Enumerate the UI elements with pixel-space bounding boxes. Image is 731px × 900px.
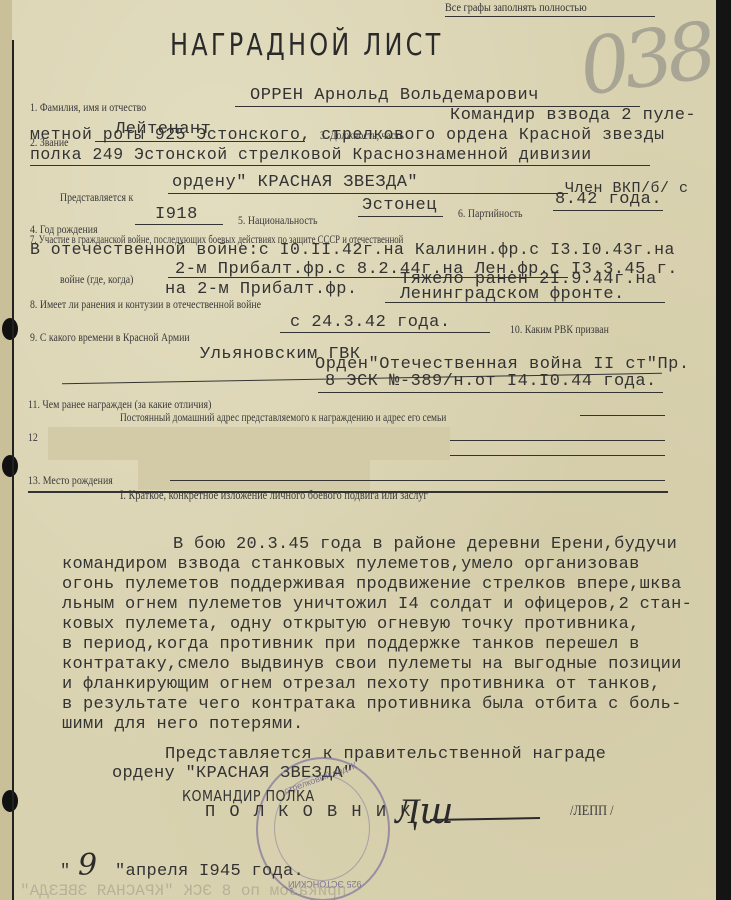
document-title: НАГРАДНОЙ ЛИСТ xyxy=(170,28,443,63)
field-7-value-1: В отечественной войне:с I0.II.42г.на Кал… xyxy=(30,240,675,259)
field-5-value: Эстонец xyxy=(362,196,437,215)
field-3-value-2: метной роты 925 Эстонского, стрелкового … xyxy=(30,125,665,144)
field-1-label: 1. Фамилия, имя и отчество xyxy=(30,100,146,115)
paragraph-line: в результате чего контратака противника … xyxy=(62,695,682,714)
margin-line xyxy=(12,40,14,900)
date-rest: "апреля I945 года. xyxy=(115,862,304,881)
redacted-address xyxy=(48,427,450,460)
field-3-line xyxy=(30,165,650,166)
scan-border xyxy=(716,0,731,900)
paragraph-line: командиром взвода станковых пулеметов,ум… xyxy=(62,555,640,574)
bleed-through-text: приказом по 8 ЭСК "КРАСНАЯ ЗВЕЗДА" xyxy=(20,882,346,900)
presented-label: Представляется к xyxy=(60,190,133,205)
signer-rank: П О Л К О В Н И К xyxy=(205,803,412,822)
field-5-label: 5. Национальность xyxy=(238,213,317,228)
field-4-value: I918 xyxy=(155,205,198,224)
field-6-label: 6. Партийность xyxy=(458,206,523,221)
field-5-line xyxy=(358,216,443,217)
field-11-line xyxy=(318,392,663,393)
field-12-label: Постоянный домашний адрес представляемог… xyxy=(120,412,446,424)
field-3-value-1: Командир взвода 2 пуле- xyxy=(450,106,696,125)
field-9-value: с 24.3.42 года. xyxy=(290,313,451,332)
field-12-number: 12 xyxy=(28,430,38,445)
field-11-value-2: 8 ЭСК №-389/н.от I4.I0.44 года. xyxy=(325,372,657,391)
field-8-line xyxy=(385,302,665,303)
paragraph-line: шими для него потерями. xyxy=(62,715,304,734)
field-4-line xyxy=(135,224,223,225)
presented-value: ордену" КРАСНАЯ ЗВЕЗДА" xyxy=(172,173,418,192)
field-11-label: 11. Чем ранее награжден (за какие отличи… xyxy=(28,397,211,412)
party-value-2: 8.42 года. xyxy=(555,190,662,209)
signer-name: /ЛЕПП / xyxy=(570,803,614,820)
header-note: Все графы заполнять полностью xyxy=(445,0,587,15)
archive-number: 038 xyxy=(574,6,716,113)
paragraph-line: контратаку,смело выдвинув свои пулеметы … xyxy=(62,655,682,674)
field-9-label: 9. С какого времени в Красной Армии xyxy=(30,330,190,345)
field-3-value-3: полка 249 Эстонской стрелковой Краснозна… xyxy=(30,145,592,164)
field-13-label: 13. Место рождения xyxy=(28,473,113,488)
field-1-value: ОРРЕН Арнольд Вольдемарович xyxy=(250,86,539,105)
field-12-line-1 xyxy=(580,415,665,416)
field-13-line xyxy=(170,480,665,481)
field-8-label: 8. Имеет ли ранения и контузии в отечест… xyxy=(30,297,261,312)
field-9-line xyxy=(280,332,490,333)
date-quote-open: " xyxy=(60,862,71,881)
punch-hole xyxy=(2,455,18,477)
handwritten-signature: Ӆш xyxy=(395,790,453,832)
field-6-line xyxy=(553,210,663,211)
paragraph-line: ковых пулемета, одну открытую огневую то… xyxy=(62,615,640,634)
date-day: 9 xyxy=(78,848,97,883)
paragraph-line: огонь пулеметов поддерживая продвижение … xyxy=(62,575,682,594)
paragraph-line: В бою 20.3.45 года в районе деревни Ерен… xyxy=(173,535,677,554)
paragraph-line: в период,когда противник при поддержке т… xyxy=(62,635,640,654)
presented-line xyxy=(168,193,568,194)
field-10-label: 10. Каким РВК призван xyxy=(510,322,609,337)
binding-margin xyxy=(0,0,12,900)
conclusion-line-1: Представляется к правительственной награ… xyxy=(165,745,606,764)
section-heading: I. Краткое, конкретное изложение личного… xyxy=(120,488,428,503)
punch-hole xyxy=(2,790,18,812)
punch-hole xyxy=(2,318,18,340)
field-7-label-2: войне (где, когда) xyxy=(60,272,133,287)
paragraph-line: льным огнем пулеметов уничтожил I4 солда… xyxy=(62,595,692,614)
paragraph-line: и фланкирующим огнем отрезал пехоту прот… xyxy=(62,675,661,694)
redacted-address-2 xyxy=(138,460,370,490)
award-sheet: Все графы заполнять полностью НАГРАДНОЙ … xyxy=(0,0,716,900)
